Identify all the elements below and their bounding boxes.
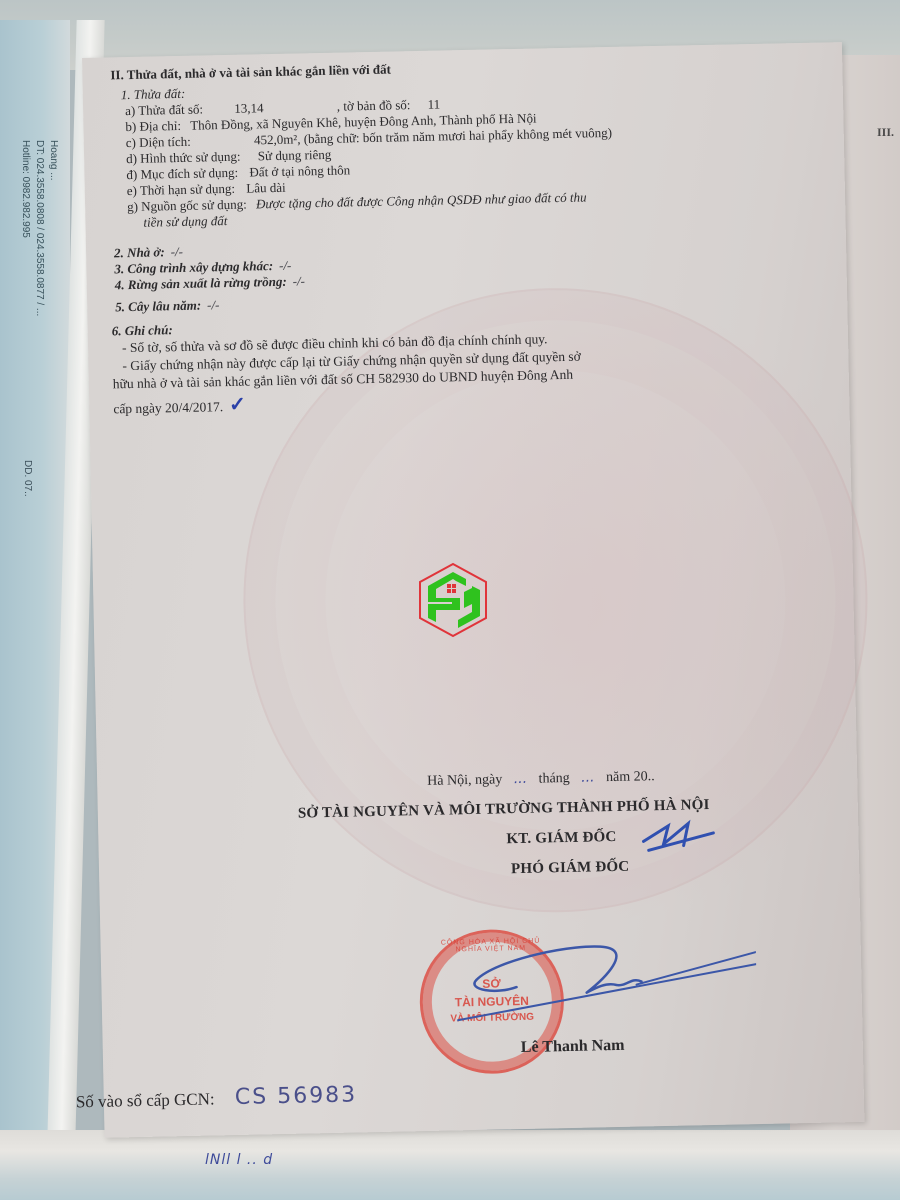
- item-other-construction-mark: -/-: [279, 258, 292, 273]
- purpose-label: đ) Mục đích sử dụng:: [126, 165, 238, 182]
- note-line-4-text: cấp ngày 20/4/2017.: [113, 399, 223, 416]
- map-sheet-label: , tờ bản đồ số:: [337, 97, 411, 114]
- note-line-4: cấp ngày 20/4/2017.✓: [113, 392, 246, 420]
- registry-label: Số vào sổ cấp GCN:: [76, 1089, 215, 1111]
- background-bottom-handwriting: lNll l .. d: [205, 1152, 273, 1168]
- background-sheet-line: Hotline: 0982.982.995: [20, 140, 31, 238]
- item-house-mark: -/-: [171, 244, 184, 259]
- term-label: e) Thời hạn sử dụng:: [127, 181, 236, 198]
- date-month: ...: [581, 769, 595, 785]
- item-production-forest-label: 4. Rừng sản xuất là rừng trồng:: [115, 274, 287, 293]
- usage-form-value: Sử dụng riêng: [258, 147, 332, 164]
- origin-label: g) Nguồn gốc sử dụng:: [127, 197, 247, 215]
- registry-number: CS 56983: [235, 1082, 358, 1110]
- month-label: tháng: [538, 771, 569, 787]
- item-house-label: 2. Nhà ở:: [114, 244, 165, 260]
- term-value: Lâu dài: [246, 180, 286, 196]
- item-production-forest: 4. Rừng sản xuất là rừng trồng:-/-: [115, 273, 306, 293]
- date-day: ...: [514, 771, 528, 787]
- notes-heading: 6. Ghi chú:: [112, 322, 173, 339]
- land-heading: 1. Thửa đất:: [121, 86, 186, 103]
- origin-value-continued: tiền sử dụng đất: [143, 213, 227, 231]
- item-perennial-trees: 5. Cây lâu năm:-/-: [115, 297, 220, 315]
- background-sheet-code: DD. 07..: [22, 460, 33, 497]
- area-label: c) Diện tích:: [126, 134, 191, 150]
- item-production-forest-mark: -/-: [293, 273, 306, 288]
- place-date-prefix: Hà Nội, ngày: [427, 772, 502, 789]
- item-perennial-trees-mark: -/-: [207, 297, 220, 312]
- usage-form-label: d) Hình thức sử dụng:: [126, 149, 241, 166]
- registry-row: Số vào sổ cấp GCN: CS 56983: [76, 1082, 358, 1113]
- background-sheet-line: DT: 024.3558.0808 / 024.3558.0877 / ...: [34, 140, 45, 316]
- address-label: b) Địa chỉ:: [125, 118, 181, 134]
- parcel-label: a) Thửa đất số:: [125, 101, 203, 118]
- initials-mark-icon: [638, 815, 719, 857]
- adjacent-page-label: III.: [877, 125, 894, 140]
- purpose-value: Đất ở tại nông thôn: [249, 162, 350, 179]
- background-sheet-contact-text: Hoang ... DT: 024.3558.0808 / 024.3558.0…: [6, 140, 66, 460]
- background-bottom-pages: [0, 1130, 900, 1200]
- deputy-director-title: PHÓ GIÁM ĐỐC: [511, 859, 630, 878]
- parcel-value: 13,14: [234, 100, 264, 116]
- origin-value: Được tặng cho đất được Công nhận QSDĐ nh…: [256, 189, 587, 211]
- map-sheet-value: 11: [428, 97, 441, 112]
- for-director-title: KT. GIÁM ĐỐC: [506, 829, 616, 848]
- signer-name: Lê Thanh Nam: [521, 1037, 625, 1057]
- section-title: II. Thửa đất, nhà ở và tài sản khác gắn …: [110, 62, 391, 84]
- item-house: 2. Nhà ở:-/-: [114, 244, 183, 261]
- year-label: năm 20..: [606, 769, 655, 785]
- item-perennial-trees-label: 5. Cây lâu năm:: [115, 298, 201, 315]
- handwritten-check-icon: ✓: [229, 394, 246, 416]
- house-24-logo-icon: [418, 562, 488, 638]
- handwritten-signature-icon: [456, 934, 758, 1040]
- background-sheet-line: Hoang ...: [48, 140, 59, 181]
